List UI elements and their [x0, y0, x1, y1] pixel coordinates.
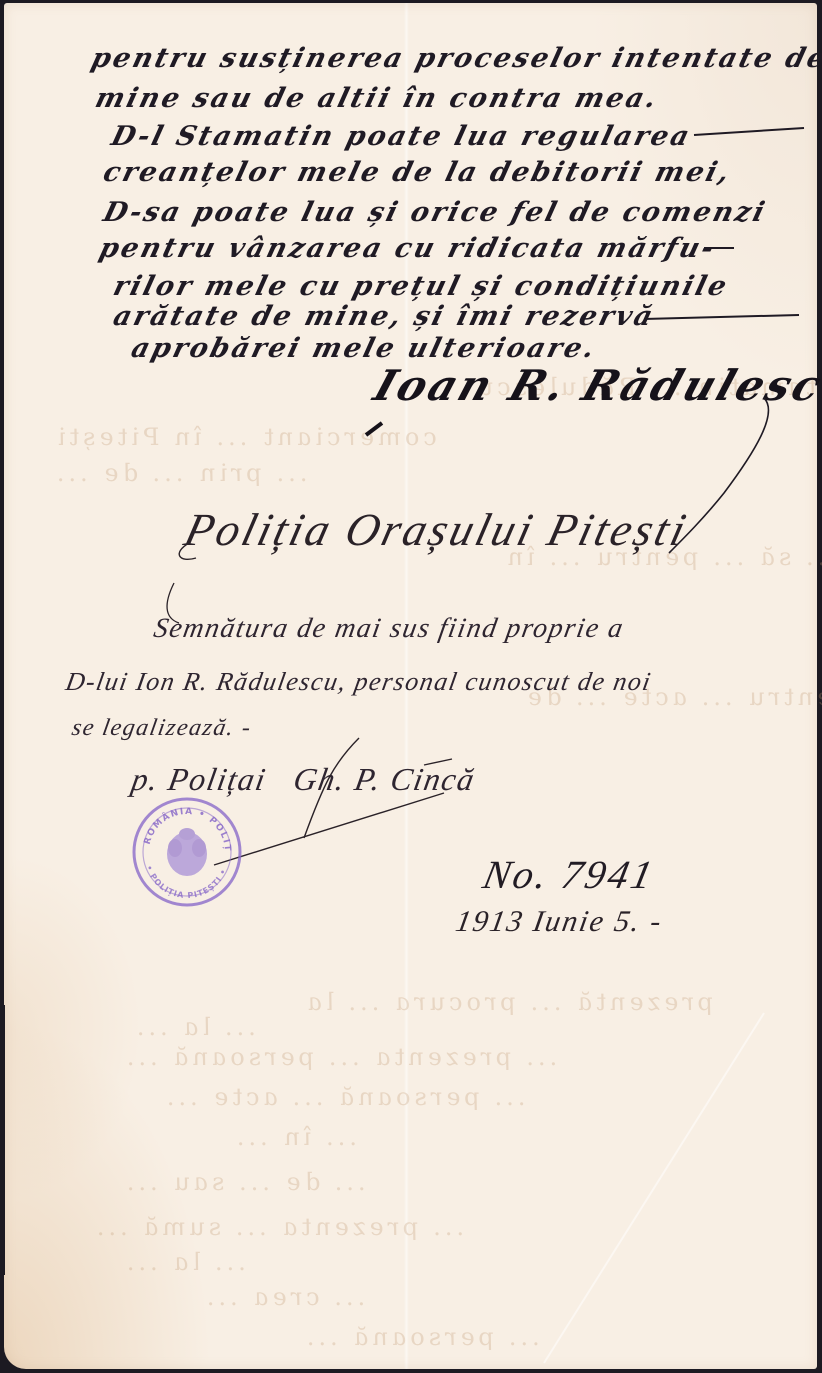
coat-of-arms-icon [167, 828, 207, 876]
bleed-through-line: ... prin ... de ... [52, 459, 312, 487]
bleed-through-line: ... prezenta ... persoană ... [122, 1043, 561, 1071]
letter-line: rilor mele cu prețul și condițiunile [110, 271, 732, 302]
police-heading: Poliția Orașului Pitești [179, 503, 694, 556]
letter-line: pentru susținerea proceselor intentate d… [88, 43, 822, 74]
document-number: No. 7941 [479, 851, 660, 898]
bleed-through-line: comerciant ... în Pitești [52, 423, 440, 451]
legalization-line: se legalizează. - [70, 715, 254, 742]
document-date: 1913 Iunie 5. - [453, 905, 666, 939]
bleed-through-line: ... în ... [232, 1123, 361, 1151]
letter-line: D-sa poate lua și orice fel de comenzi [100, 197, 770, 228]
bleed-through-line: ... crea ... [202, 1283, 369, 1311]
letter-line: aprobărei mele ulterioare. [128, 333, 600, 364]
scan-edge-shadow [0, 1005, 5, 1275]
bleed-through-line: ... de ... sau ... [122, 1168, 370, 1196]
bleed-through-line: ... prezenta ... sumă ... [92, 1213, 468, 1241]
legalization-line: D-lui Ion R. Rădulescu, personal cunoscu… [63, 667, 654, 697]
bleed-through-line: ... la ... [132, 1013, 260, 1041]
bleed-through-line: ... persoană ... acte ... [162, 1083, 530, 1111]
letter-line: D-l Stamatin poate lua regularea [108, 121, 695, 152]
letter-line: mine sau de altii în contra mea. [92, 83, 662, 114]
letter-line: arătate de mine, și îmi rezervă [110, 301, 658, 332]
bleed-through-line: ... persoană ... [302, 1323, 544, 1351]
document-page: Stamatin ... Rădulescu comerciant ... în… [4, 3, 817, 1369]
letter-line: pentru vânzarea cu ridicata mărfu- [96, 233, 719, 264]
signatory-prefix: p. Polițai [129, 761, 270, 798]
legalization-line: Semnătura de mai sus fiind proprie a [151, 613, 626, 645]
letter-signature: Ioan R. Rădulescu [368, 361, 822, 410]
letter-line: creanțelor mele de la debitorii mei, [100, 157, 735, 188]
bleed-through-line: prezentă ... procura ... la [302, 988, 716, 1016]
bleed-through-line: ... la ... [122, 1248, 250, 1276]
police-stamp: ROMÂNIA • POLIȚIA • POLIȚIA PITEȘTI • [131, 796, 243, 908]
signatory-name: Gh. P. Cincă [291, 761, 478, 798]
